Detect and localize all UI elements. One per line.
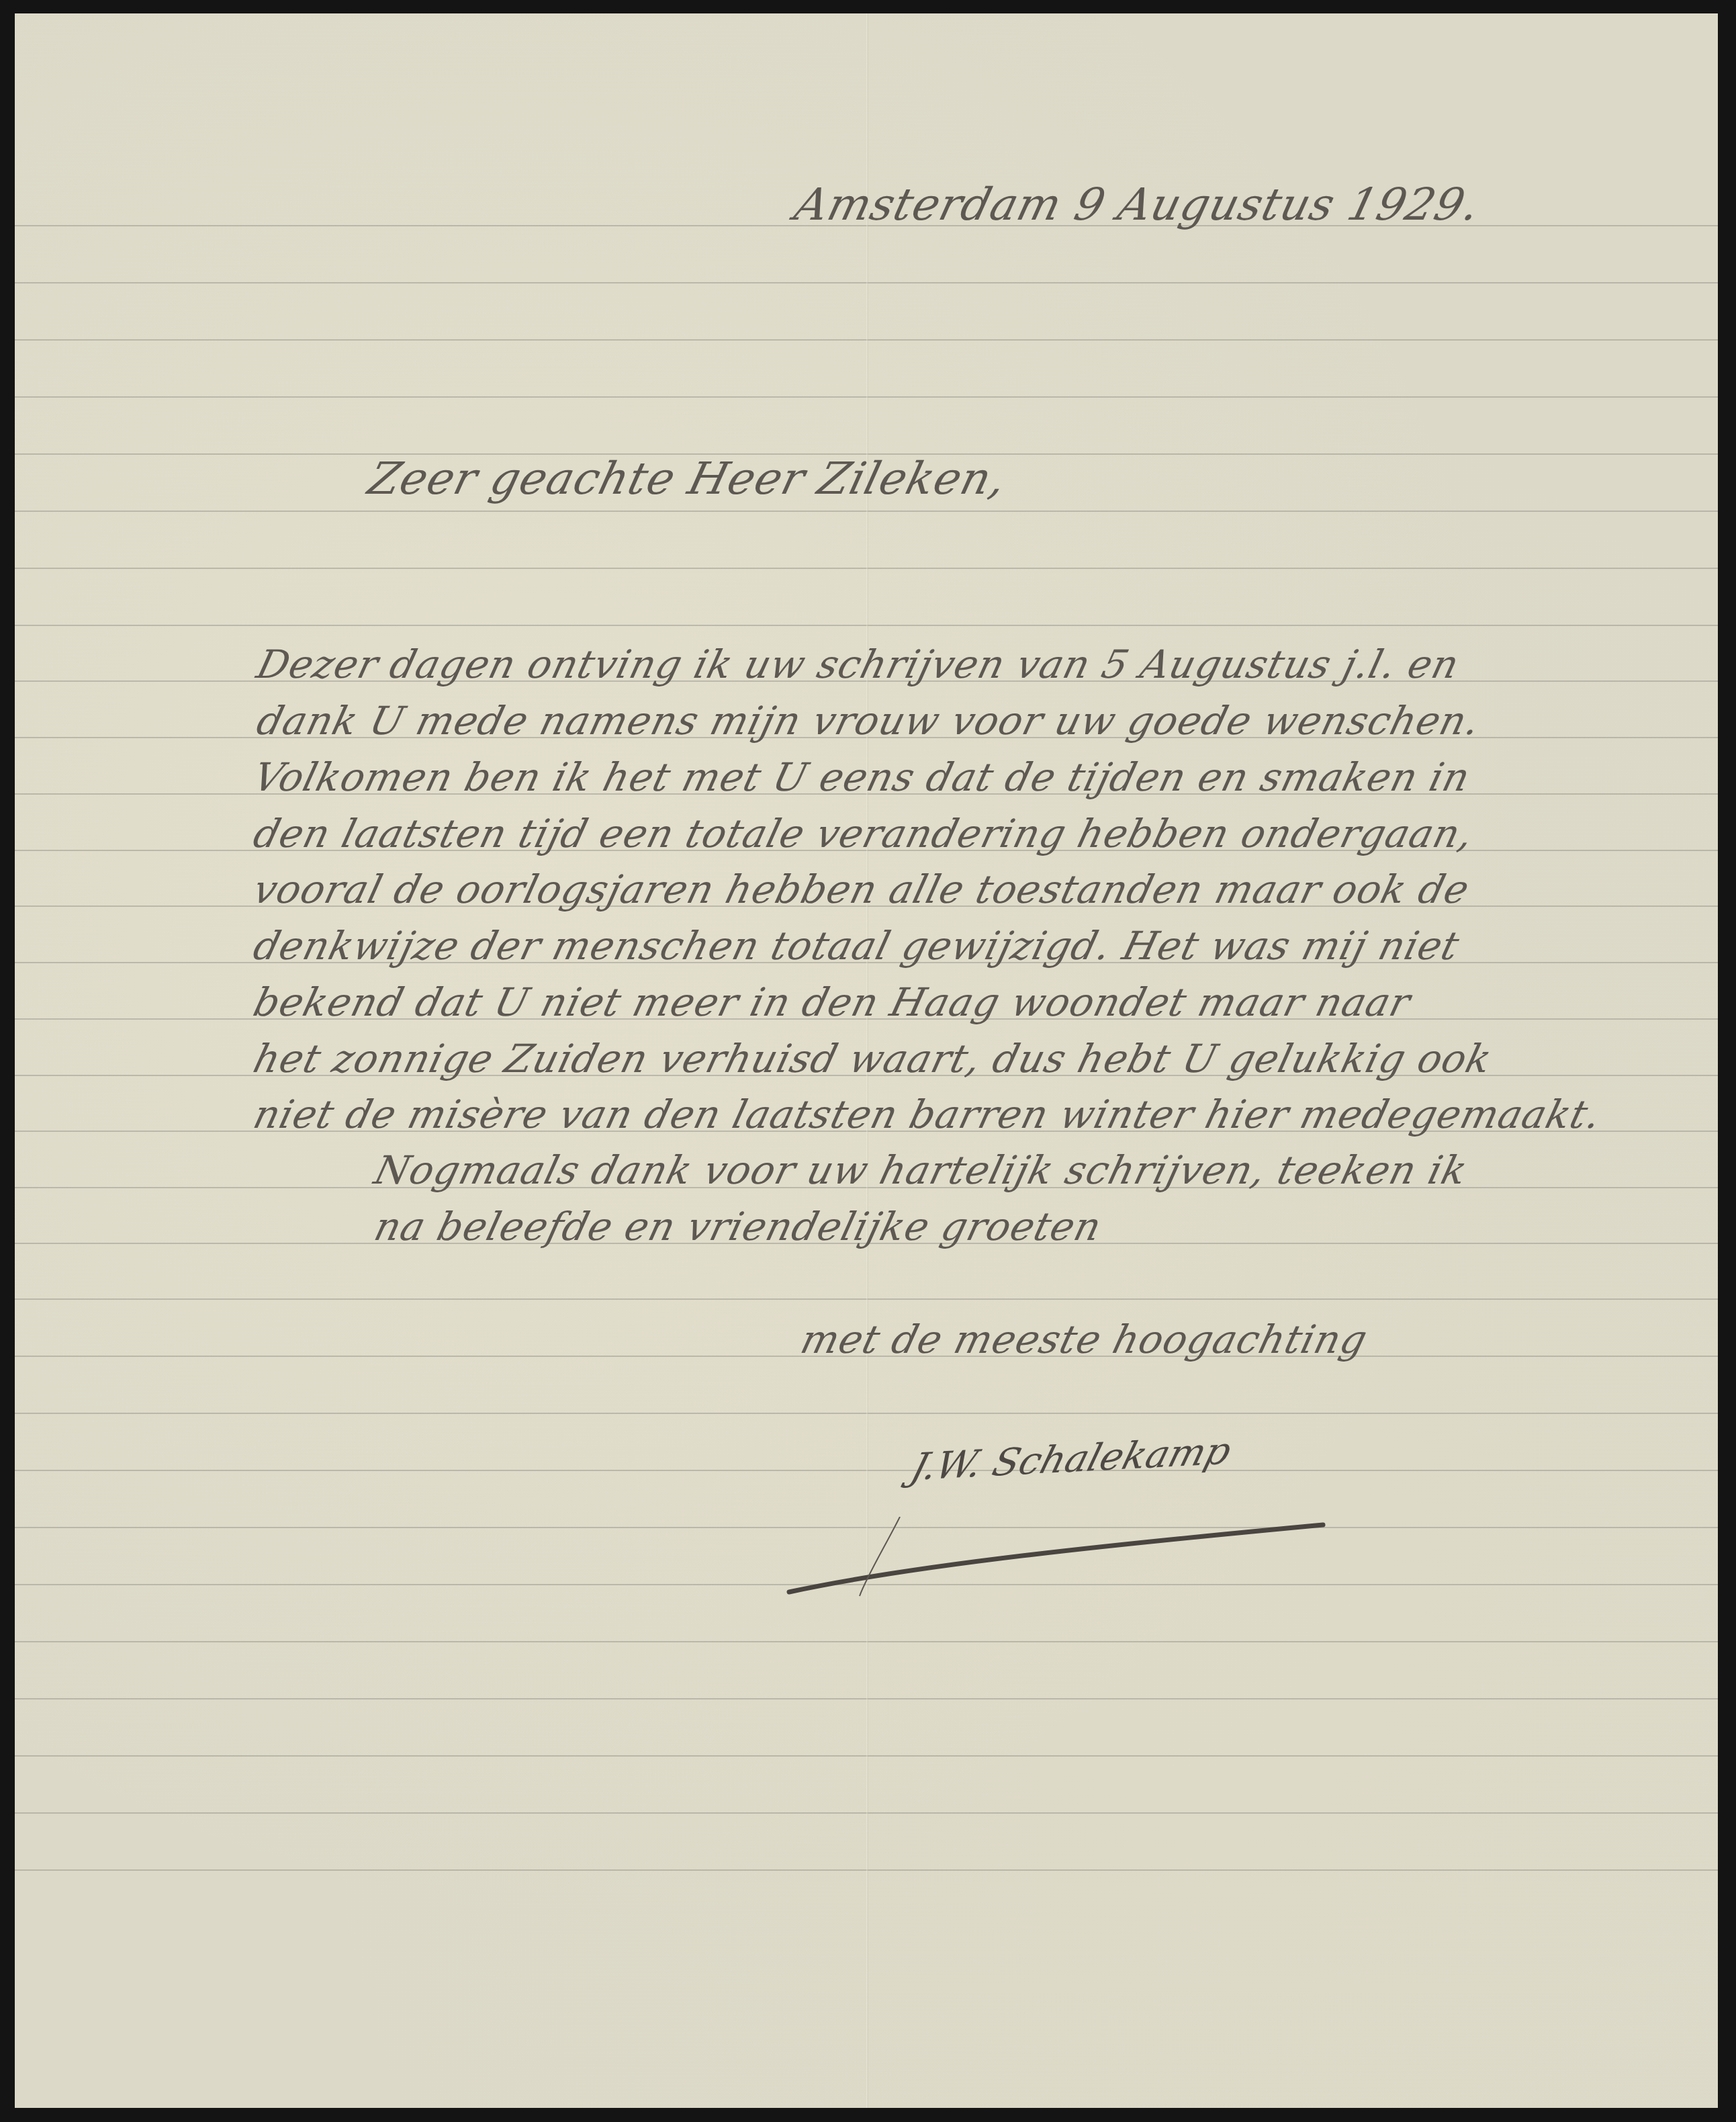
body-line: bekend dat U niet meer in den Haag woond… <box>250 983 1414 1022</box>
body-line: het zonnige Zuiden verhuisd waart, dus h… <box>250 1039 1496 1078</box>
dateline: Amsterdam 9 Augustus 1929. <box>790 183 1484 227</box>
body-line: vooral de oorlogsjaren hebben alle toest… <box>250 870 1473 909</box>
body-line: den laatsten tijd een totale verandering… <box>250 814 1477 853</box>
body-line: Dezer dagen ontving ik uw schrijven van … <box>253 645 1463 684</box>
letter-paper: Amsterdam 9 Augustus 1929. Zeer geachte … <box>15 13 1718 2108</box>
valediction: met de meeste hoogachting <box>797 1320 1371 1359</box>
closing-line: Nogmaals dank voor uw hartelijk schrijve… <box>371 1151 1471 1190</box>
body-line: dank U mede namens mijn vrouw voor uw go… <box>253 701 1484 740</box>
signature: J.W. Schalekamp <box>907 1429 1236 1489</box>
signature-underline-icon <box>786 1517 1336 1597</box>
body-line: niet de misère van den laatsten barren w… <box>250 1095 1605 1134</box>
body-line: Volkomen ben ik het met U eens dat de ti… <box>250 758 1474 797</box>
closing-line: na beleefde en vriendelijke groeten <box>371 1207 1105 1246</box>
body-line: denkwijze der menschen totaal gewijzigd.… <box>250 926 1463 965</box>
salutation: Zeer geachte Heer Zileken, <box>364 457 1011 501</box>
